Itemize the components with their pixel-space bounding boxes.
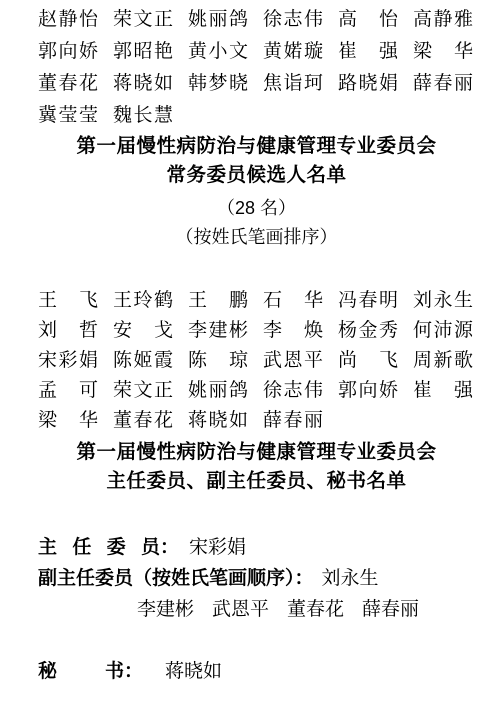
vice-chair-name: 李建彬 <box>137 594 194 625</box>
person-name: 郭向娇 <box>38 36 98 68</box>
person-name: 刘永生 <box>413 286 473 316</box>
member-candidates-list: 赵静怡 荣文正 姚丽鸽 徐志伟 高怡 高静雅 郭向娇 郭昭艳 黄小文 黄婼璇 崔… <box>38 0 475 132</box>
person-name: 焦诣珂 <box>263 68 323 100</box>
person-name: 荣文正 <box>113 4 173 36</box>
person-name: 郭昭艳 <box>113 36 173 68</box>
person-name: 石华 <box>263 286 323 316</box>
vice-chair-name: 薛春丽 <box>362 594 419 625</box>
standing-committee-candidates-list: 王飞 王玲鹤 王鹏 石华 冯春明 刘永生 刘哲 安戈 李建彬 李焕 杨金秀 何沛… <box>38 286 475 436</box>
person-name: 魏长慧 <box>113 100 173 132</box>
person-name: 韩梦晓 <box>188 68 248 100</box>
person-name: 崔强 <box>338 36 398 68</box>
person-name: 王飞 <box>38 286 98 316</box>
name-row: 宋彩娟 陈姬霞 陈琼 武恩平 尚飞 周新歌 <box>38 346 475 376</box>
person-name: 姚丽鸽 <box>188 376 248 406</box>
person-name: 梁华 <box>413 36 473 68</box>
vice-chair-name: 董春花 <box>287 594 344 625</box>
person-name: 王玲鹤 <box>113 286 173 316</box>
person-name: 蒋晓如 <box>113 68 173 100</box>
person-name: 王鹏 <box>188 286 248 316</box>
person-name: 何沛源 <box>413 316 473 346</box>
chair-label: 主任委员 <box>38 532 160 563</box>
person-name: 李建彬 <box>188 316 248 346</box>
person-name: 赵静怡 <box>38 4 98 36</box>
section2-title-line2: 主任委员、副主任委员、秘书名单 <box>38 467 475 496</box>
secretary-colon: ： <box>124 661 143 682</box>
person-name: 黄婼璇 <box>263 36 323 68</box>
document-page: 赵静怡 荣文正 姚丽鸽 徐志伟 高怡 高静雅 郭向娇 郭昭艳 黄小文 黄婼璇 崔… <box>0 0 500 703</box>
vice-chair-row: 副主任委员（按姓氏笔画顺序）：刘永生 <box>38 563 475 594</box>
vice-chair-label: 副主任委员（按姓氏笔画顺序）： <box>38 568 314 589</box>
person-name: 杨金秀 <box>338 316 398 346</box>
name-row: 孟可 荣文正 姚丽鸽 徐志伟 郭向娇 崔强 <box>38 376 475 406</box>
person-name: 薛春丽 <box>263 406 323 436</box>
person-name: 郭向娇 <box>338 376 398 406</box>
section1-sort-note: （按姓氏笔画排序） <box>38 223 475 252</box>
name-row: 郭向娇 郭昭艳 黄小文 黄婼璇 崔强 梁华 <box>38 36 475 68</box>
name-row: 董春花 蒋晓如 韩梦晓 焦诣珂 路晓娟 薛春丽 <box>38 68 475 100</box>
person-name: 周新歌 <box>413 346 473 376</box>
person-name: 冀莹莹 <box>38 100 98 132</box>
person-name: 高怡 <box>338 4 398 36</box>
person-name: 徐志伟 <box>263 376 323 406</box>
secretary-label: 秘书 <box>38 656 124 687</box>
vice-chair-name: 刘永生 <box>322 568 379 589</box>
section1-title-line2: 常务委员候选人名单 <box>38 161 475 190</box>
person-name: 宋彩娟 <box>38 346 98 376</box>
name-row: 刘哲 安戈 李建彬 李焕 杨金秀 何沛源 <box>38 316 475 346</box>
section1-count-note: （28 名） <box>38 194 475 223</box>
person-name: 冯春明 <box>338 286 398 316</box>
chair-row: 主任委员：宋彩娟 <box>38 532 475 563</box>
vice-chair-names-row: 李建彬 武恩平 董春花 薛春丽 <box>38 594 475 625</box>
person-name: 薛春丽 <box>413 68 473 100</box>
person-name: 高静雅 <box>413 4 473 36</box>
secretary-name: 蒋晓如 <box>165 661 222 682</box>
person-name: 武恩平 <box>263 346 323 376</box>
person-name: 李焕 <box>263 316 323 346</box>
vice-chair-name: 武恩平 <box>212 594 269 625</box>
person-name: 荣文正 <box>113 376 173 406</box>
section1-title-line1: 第一届慢性病防治与健康管理专业委员会 <box>38 132 475 161</box>
person-name: 姚丽鸽 <box>188 4 248 36</box>
name-row: 梁华 董春花 蒋晓如 薛春丽 <box>38 406 475 436</box>
person-name: 陈姬霞 <box>113 346 173 376</box>
person-name: 徐志伟 <box>263 4 323 36</box>
section1-title: 第一届慢性病防治与健康管理专业委员会 常务委员候选人名单 <box>38 132 475 190</box>
person-name: 董春花 <box>38 68 98 100</box>
person-name: 董春花 <box>113 406 173 436</box>
chair-name: 宋彩娟 <box>189 537 246 558</box>
name-row: 赵静怡 荣文正 姚丽鸽 徐志伟 高怡 高静雅 <box>38 4 475 36</box>
section2-title-line1: 第一届慢性病防治与健康管理专业委员会 <box>38 438 475 467</box>
person-name: 梁华 <box>38 406 98 436</box>
person-name: 蒋晓如 <box>188 406 248 436</box>
name-row: 冀莹莹 魏长慧 <box>38 100 475 132</box>
person-name: 刘哲 <box>38 316 98 346</box>
name-row: 王飞 王玲鹤 王鹏 石华 冯春明 刘永生 <box>38 286 475 316</box>
person-name: 尚飞 <box>338 346 398 376</box>
section2-title: 第一届慢性病防治与健康管理专业委员会 主任委员、副主任委员、秘书名单 <box>38 438 475 496</box>
person-name: 安戈 <box>113 316 173 346</box>
person-name: 崔强 <box>413 376 473 406</box>
person-name: 孟可 <box>38 376 98 406</box>
chair-colon: ： <box>160 537 179 558</box>
secretary-row: 秘书：蒋晓如 <box>38 656 475 687</box>
person-name: 黄小文 <box>188 36 248 68</box>
person-name: 路晓娟 <box>338 68 398 100</box>
person-name: 陈琼 <box>188 346 248 376</box>
officers-list: 主任委员：宋彩娟 副主任委员（按姓氏笔画顺序）：刘永生 李建彬 武恩平 董春花 … <box>38 532 475 687</box>
